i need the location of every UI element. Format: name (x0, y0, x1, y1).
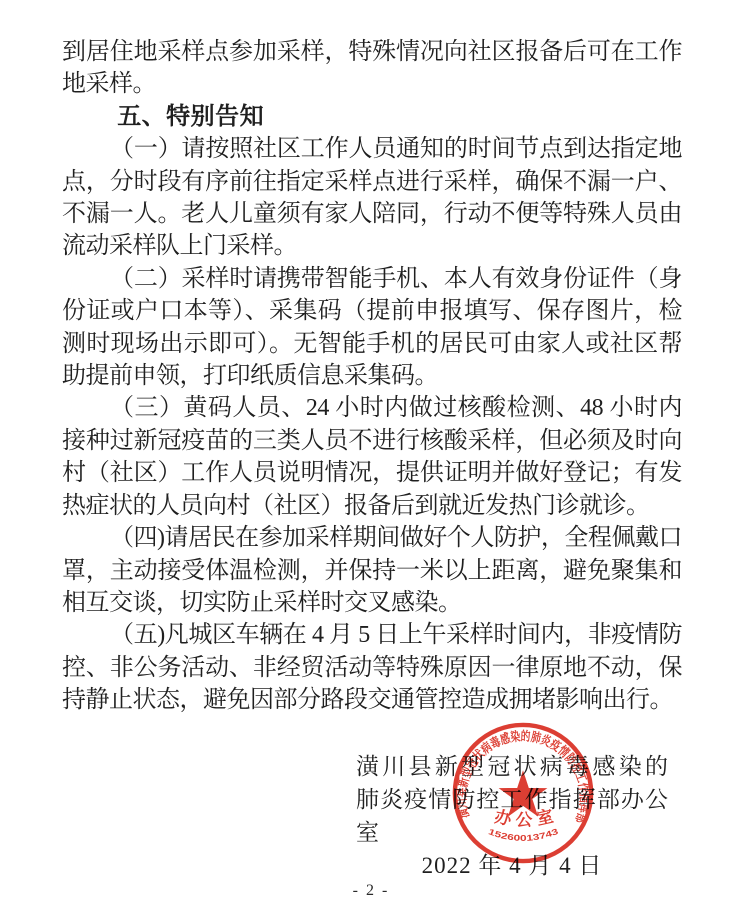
notice-item-2: （二）采样时请携带智能手机、本人有效身份证件（身份证或户口本等）、采集码（提前申… (62, 263, 682, 393)
official-seal: 潢川县新型冠状病毒感染的肺炎疫情防控工作指挥部 办公室 15260013743 (449, 719, 597, 867)
document-body: 到居住地采样点参加采样，特殊情况向社区报备后可在工作地采样。 五、特别告知 （一… (62, 36, 682, 717)
notice-item-3: （三）黄码人员、24 小时内做过核酸检测、48 小时内接种过新冠疫苗的三类人员不… (62, 392, 682, 522)
page-number: - 2 - (0, 882, 742, 900)
seal-center-text-container: 办公室 (493, 806, 555, 830)
section-heading: 五、特别告知 (62, 101, 682, 133)
notice-item-1: （一）请按照社区工作人员通知的时间节点到达指定地点，分时段有序前往指定采样点进行… (62, 133, 682, 263)
notice-item-4: （四)请居民在参加采样期间做好个人防护，全程佩戴口罩，主动接受体温检测，并保持一… (62, 522, 682, 619)
document-page: 到居住地采样点参加采样，特殊情况向社区报备后可在工作地采样。 五、特别告知 （一… (0, 0, 742, 907)
seal-center-text: 办公室 (493, 806, 555, 830)
continuation-paragraph: 到居住地采样点参加采样，特殊情况向社区报备后可在工作地采样。 (62, 36, 682, 101)
notice-item-5: （五)凡城区车辆在 4 月 5 日上午采样时间内，非疫情防控、非公务活动、非经贸… (62, 619, 682, 716)
